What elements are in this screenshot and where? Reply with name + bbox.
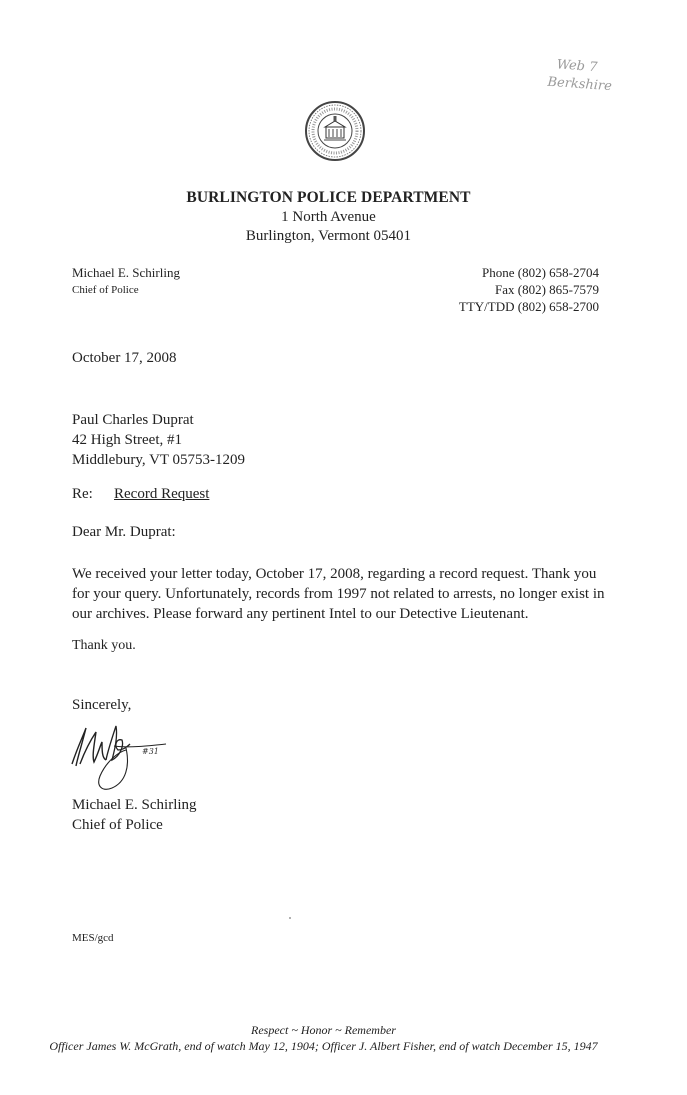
chief-title: Chief of Police [72, 282, 180, 298]
letter-date: October 17, 2008 [72, 350, 177, 367]
chief-name: Michael E. Schirling [72, 264, 180, 282]
letterhead: BURLINGTON POLICE DEPARTMENT 1 North Ave… [0, 188, 687, 246]
scan-speck [289, 917, 291, 919]
footer-memorial: Officer James W. McGrath, end of watch M… [0, 1038, 687, 1054]
chief-info: Michael E. Schirling Chief of Police [72, 264, 180, 298]
footer-motto: Respect ~ Honor ~ Remember [0, 1022, 687, 1038]
department-address-line2: Burlington, Vermont 05401 [0, 227, 687, 246]
contact-info: Phone (802) 658-2704 Fax (802) 865-7579 … [459, 264, 599, 315]
signer-name: Michael E. Schirling [72, 795, 197, 815]
handwritten-note-line2: Berkshire [547, 74, 613, 96]
department-address-line1: 1 North Avenue [0, 208, 687, 227]
typist-initials: MES/gcd [72, 932, 114, 944]
recipient-address: Paul Charles Duprat 42 High Street, #1 M… [72, 410, 245, 470]
handwritten-signature-icon: #31 [68, 716, 178, 796]
recipient-name: Paul Charles Duprat [72, 410, 245, 430]
tty-number: TTY/TDD (802) 658-2700 [459, 298, 599, 315]
letter-body: We received your letter today, October 1… [72, 564, 612, 624]
fax-number: Fax (802) 865-7579 [459, 281, 599, 298]
department-name: BURLINGTON POLICE DEPARTMENT [0, 188, 687, 208]
closing: Sincerely, [72, 697, 131, 714]
footer: Respect ~ Honor ~ Remember Officer James… [0, 1022, 687, 1054]
subject-text: Record Request [114, 486, 209, 502]
subject-label: Re: [72, 486, 114, 503]
handwritten-note: Web 7 Berkshire [547, 56, 614, 96]
recipient-street: 42 High Street, #1 [72, 430, 245, 450]
city-seal-icon [304, 100, 366, 162]
phone-number: Phone (802) 658-2704 [459, 264, 599, 281]
signer-title: Chief of Police [72, 815, 197, 835]
letter-page: Web 7 Berkshire BURLINGTON POLICE DEPART… [0, 0, 687, 1095]
subject-line: Re:Record Request [72, 486, 209, 503]
signer-block: Michael E. Schirling Chief of Police [72, 795, 197, 835]
thanks-line: Thank you. [72, 638, 136, 654]
svg-text:#31: #31 [142, 747, 159, 756]
salutation: Dear Mr. Duprat: [72, 524, 176, 541]
recipient-city: Middlebury, VT 05753-1209 [72, 450, 245, 470]
